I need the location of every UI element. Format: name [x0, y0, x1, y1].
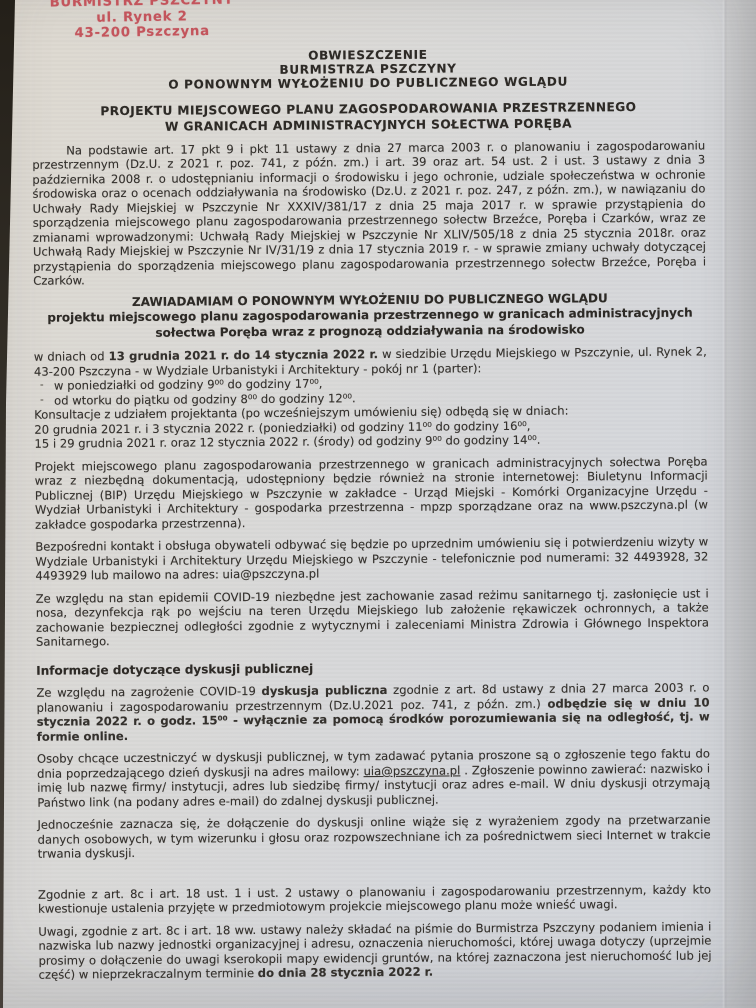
document-title: OBWIESZCZENIE BURMISTRZA PSZCZYNY O PONO… [31, 46, 704, 93]
paper-sheet: BURMISTRZ PSZCZYNY ul. Rynek 2 43-200 Ps… [0, 0, 756, 1008]
document-subject: PROJEKTU MIEJSCOWEGO PLANU ZAGOSPODAROWA… [32, 100, 705, 136]
covid-rules-paragraph: Ze względu na stan epidemii COVID-19 nie… [36, 586, 709, 649]
contact-paragraph: Bezpośredni kontakt i obsługa obywateli … [35, 535, 708, 584]
discussion-participation-paragraph: Osoby chcące uczestniczyć w dyskusji pub… [37, 747, 710, 810]
legal-basis-paragraph: Na podstawie art. 17 pkt 9 i pkt 11 usta… [32, 138, 706, 288]
discussion-consent-paragraph: Jednocześnie zaznacza się, że dołączenie… [37, 813, 710, 862]
text-segment: Ze względu na zagrożenie COVID-19 [36, 684, 261, 700]
consultations-block: Konsultacje z udziałem projektanta (po w… [34, 403, 707, 452]
announcement-heading: ZAWIADAMIAM O PONOWNYM WYŁOŻENIU DO PUBL… [33, 290, 706, 342]
photo-background: { "colors": { "stamp_red": "#c24a53", "i… [0, 0, 756, 1008]
text-segment: 13 grudnia 2021 r. do 14 stycznia 2022 r… [109, 348, 379, 364]
text-segment: uia@pszczyna.pl [363, 763, 460, 778]
text-segment: do dnia 28 stycznia 2022 r. [258, 965, 433, 980]
exhibition-hours-list: - w poniedziałki od godziny 9⁰⁰ do godzi… [34, 374, 707, 408]
remarks-rights-paragraph: Zgodnie z art. 8c i art. 18 ust. 1 i ust… [38, 882, 711, 916]
internet-access-paragraph: Projekt miejscowego planu zagospodarowan… [35, 454, 709, 532]
remarks-submission-paragraph: Uwagi, zgodnie z art. 8c i art. 18 ww. u… [38, 919, 711, 982]
discussion-online-paragraph: Ze względu na zagrożenie COVID-19 dyskus… [36, 681, 709, 744]
text-segment: w dniach od [34, 350, 109, 365]
document-content: OBWIESZCZENIE BURMISTRZA PSZCZYNY O PONO… [7, 0, 756, 1008]
bullet-dash: - [34, 394, 54, 409]
bullet-dash: - [34, 379, 54, 394]
discussion-section-heading: Informacje dotyczące dyskusji publicznej [36, 658, 709, 678]
document-photo: BURMISTRZ PSZCZYNY ul. Rynek 2 43-200 Ps… [0, 0, 756, 1008]
text-segment: dyskusja publiczna [261, 683, 387, 698]
announcement-body: projektu miejscowego planu zagospodarowa… [33, 306, 706, 342]
